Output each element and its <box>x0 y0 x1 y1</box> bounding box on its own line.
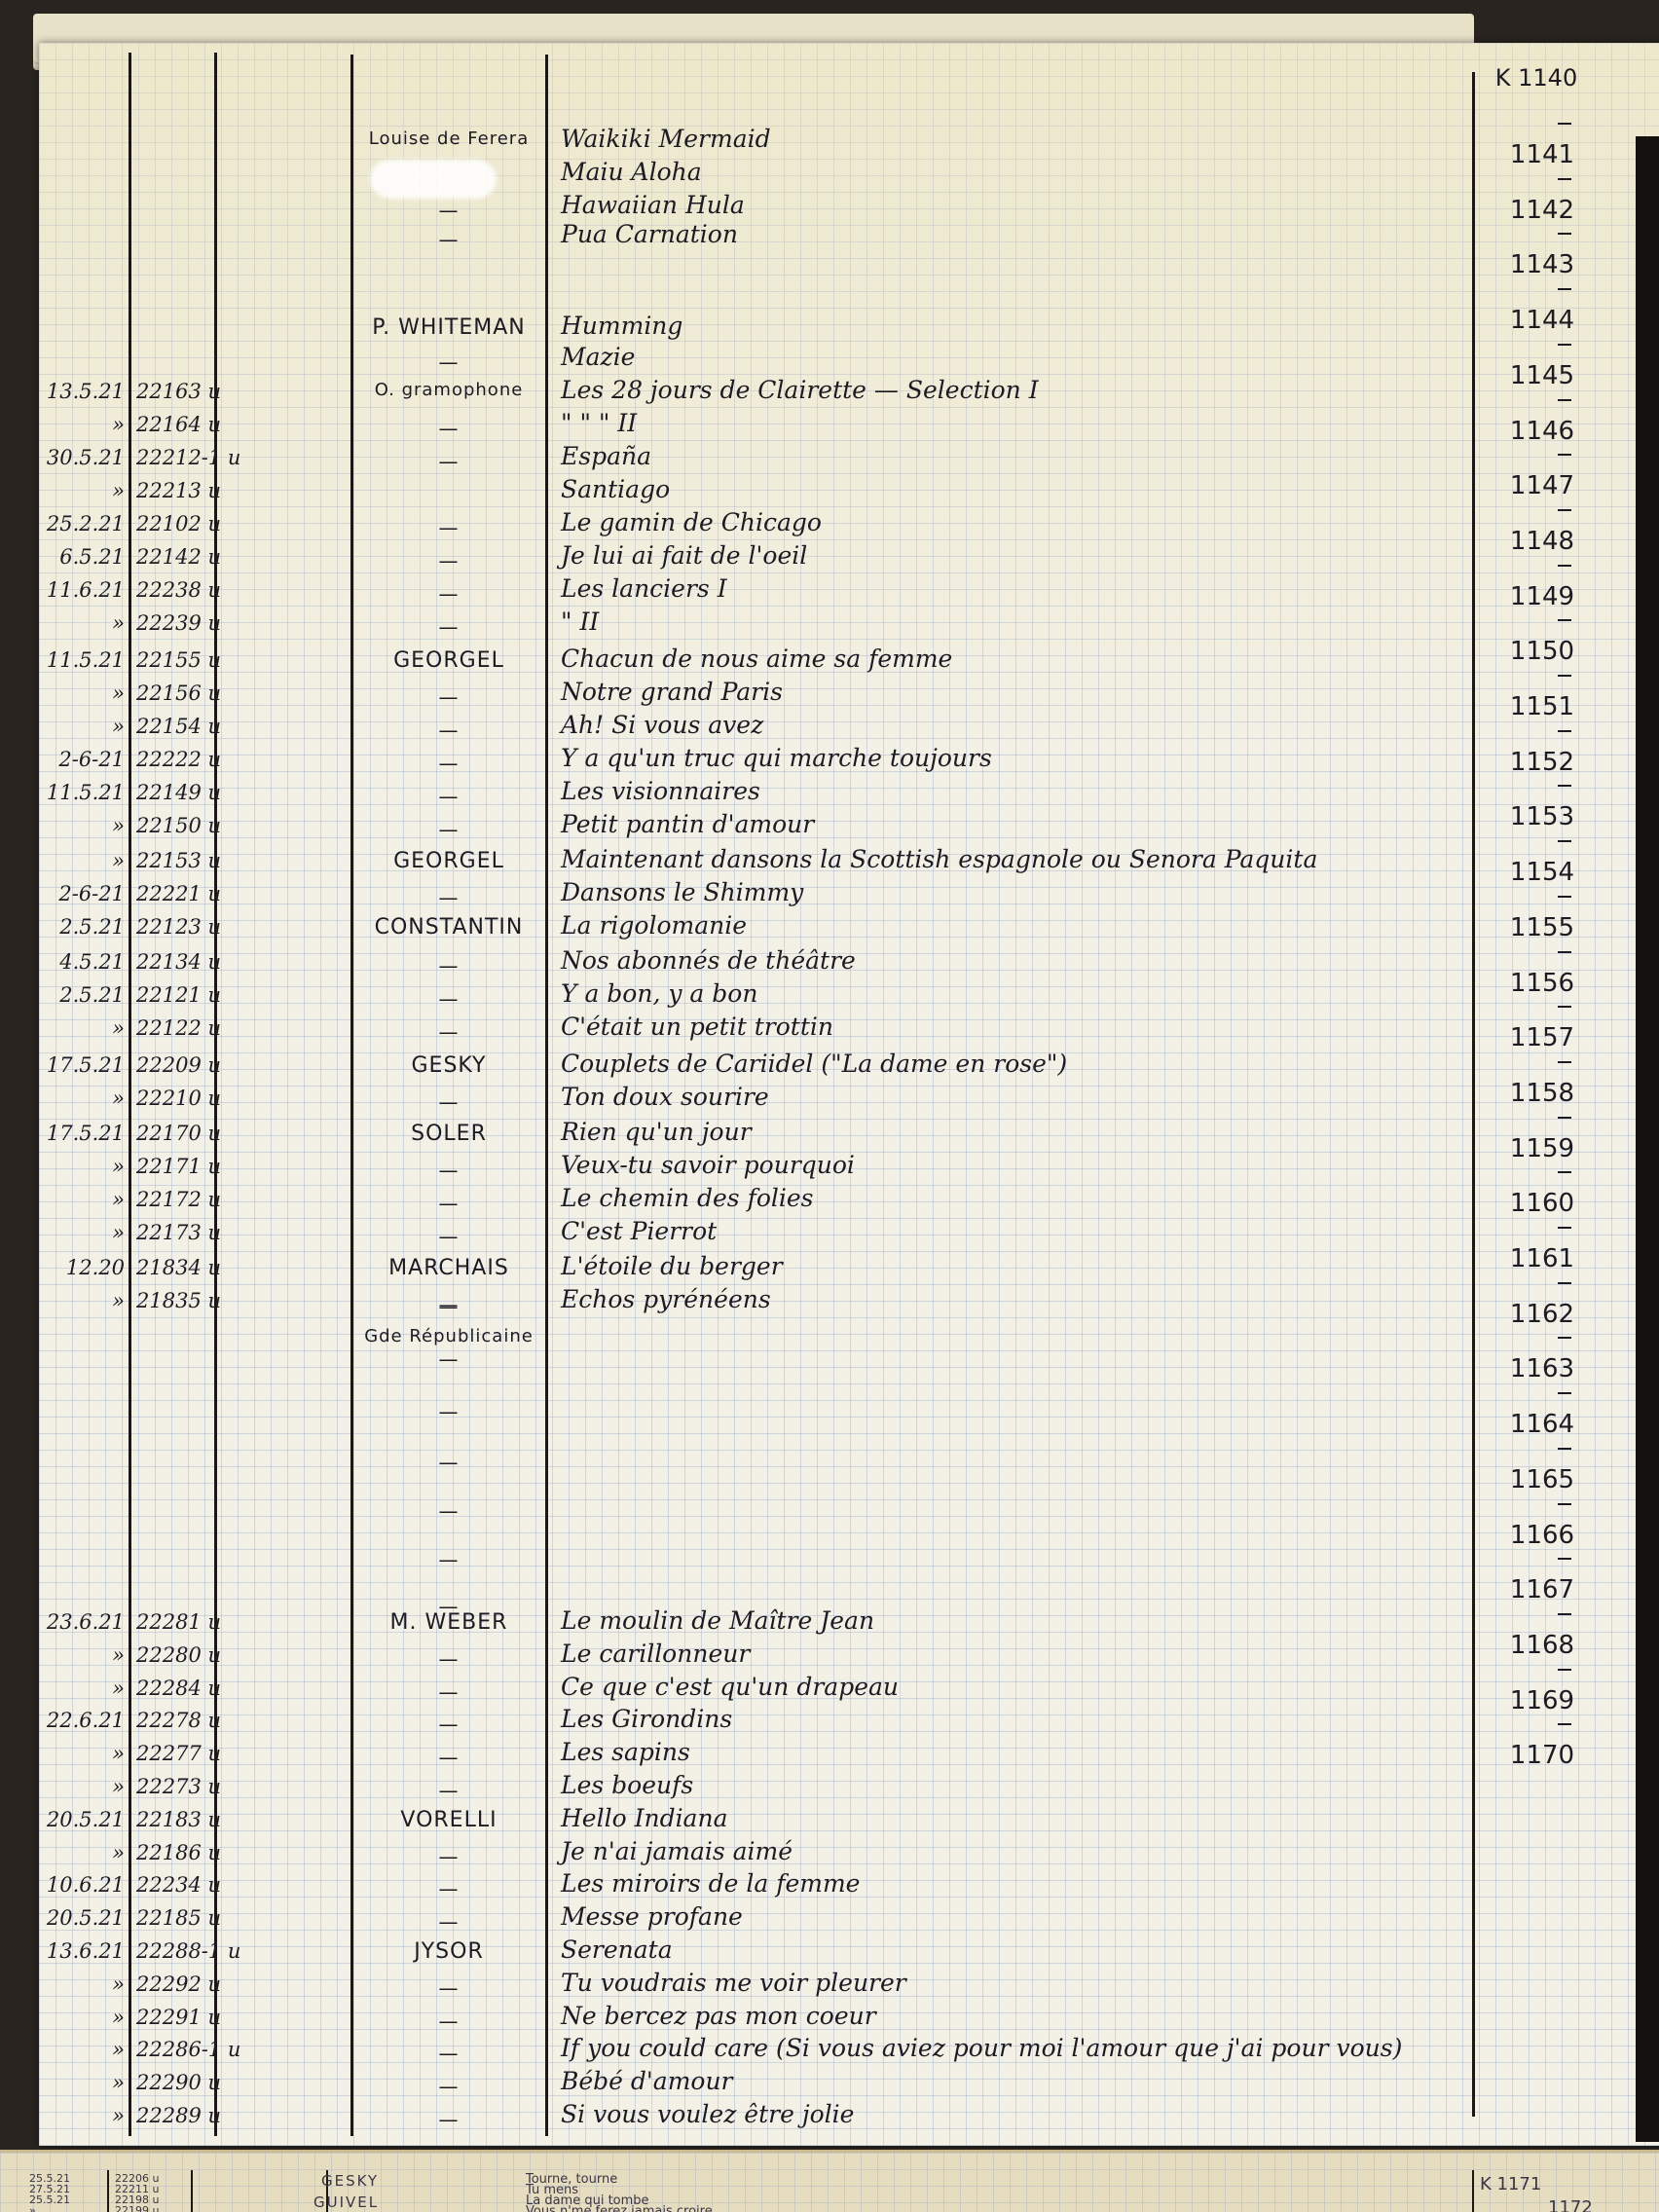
entry-catalog-number: 22150 u <box>136 814 221 837</box>
reference-number: 1158 <box>1484 1079 1601 1108</box>
entry-title: Je lui ai fait de l'oeil <box>561 541 807 570</box>
ref-separator-dash <box>1558 951 1571 953</box>
entry-catalog-number: 22102 u <box>136 512 221 535</box>
entry-title: Serenata <box>561 1935 673 1964</box>
ref-separator-dash <box>1558 1613 1571 1615</box>
entry-catalog-number: 22171 u <box>136 1155 221 1178</box>
entry-date: » <box>27 413 125 436</box>
entry-title: Humming <box>561 312 682 340</box>
entry-date: » <box>27 1087 125 1110</box>
ditto-dash: — <box>356 886 541 909</box>
entry-catalog-number: 22170 u <box>136 1122 221 1145</box>
entry-date: 25.2.21 <box>27 512 125 535</box>
entry-catalog-number: 22186 u <box>136 1841 221 1864</box>
ditto-dash: — <box>356 719 541 742</box>
ditto-dash: — <box>356 1713 541 1736</box>
entry-catalog-number: 22234 u <box>136 1873 221 1897</box>
entry-date: » <box>27 682 125 705</box>
entry-title: Maiu Aloha <box>561 158 702 186</box>
reference-number: 1145 <box>1484 361 1601 390</box>
ref-separator-dash <box>1558 288 1571 290</box>
entry-title: Mazie <box>561 343 635 371</box>
ditto-dash: — <box>356 1400 541 1423</box>
ref-separator-dash <box>1558 509 1571 511</box>
entry-title: España <box>561 442 651 470</box>
correction-fluid-patch <box>370 160 497 199</box>
entry-title: Couplets de Cariidel ("La dame en rose") <box>561 1050 1067 1078</box>
entry-catalog-number: 22238 u <box>136 578 221 602</box>
entry-title: Le moulin de Maître Jean <box>561 1606 874 1635</box>
reference-number: 1172 <box>1548 2197 1593 2212</box>
ditto-dash: — <box>356 1192 541 1215</box>
ref-separator-dash <box>1558 344 1571 346</box>
ref-separator-dash <box>1558 1061 1571 1063</box>
entry-catalog-number: 22286-1 u <box>136 2038 240 2061</box>
column-rule <box>1472 2170 1474 2212</box>
reference-number: 1144 <box>1484 306 1601 335</box>
ditto-dash: — <box>356 2009 541 2033</box>
ditto-dash: — <box>356 2042 541 2065</box>
ditto-dash: — <box>356 417 541 440</box>
entry-title: Pua Carnation <box>561 220 738 248</box>
entry-title: Vous n'me ferez jamais croire <box>526 2204 713 2212</box>
ditto-dash: — <box>356 228 541 251</box>
reference-number: 1153 <box>1484 802 1601 831</box>
entry-date: » <box>27 1775 125 1798</box>
entry-catalog-number: 22221 u <box>136 882 221 905</box>
entry-artist: SOLER <box>356 1122 541 1146</box>
ref-separator-dash <box>1558 454 1571 456</box>
ref-separator-dash <box>1558 730 1571 732</box>
entry-date: » <box>27 1972 125 1996</box>
reference-number: 1142 <box>1484 196 1601 225</box>
entry-catalog-number: 22122 u <box>136 1016 221 1040</box>
ref-separator-dash <box>1558 233 1571 235</box>
ditto-dash: — <box>356 1680 541 1704</box>
entry-date: » <box>27 1742 125 1765</box>
entry-title: Echos pyrénéens <box>561 1285 771 1313</box>
entry-catalog-number: 22277 u <box>136 1742 221 1765</box>
entry-date: 2-6-21 <box>27 882 125 905</box>
entry-date: » <box>27 715 125 738</box>
ditto-dash: — <box>356 1845 541 1868</box>
reference-number: 1154 <box>1484 858 1601 887</box>
entry-date: 11.6.21 <box>27 578 125 602</box>
ditto-dash: — <box>356 1295 541 1318</box>
entry-date: 12.20 <box>27 1256 125 1279</box>
entry-artist: JYSOR <box>356 1939 541 1964</box>
ref-separator-dash <box>1558 178 1571 180</box>
page-reference: K 1140 <box>1478 64 1595 92</box>
book-binding-edge <box>1636 136 1659 2142</box>
entry-date: » <box>27 1643 125 1667</box>
ditto-dash: — <box>356 1347 541 1371</box>
entry-date: 20.5.21 <box>27 1808 125 1831</box>
entry-catalog-number: 22278 u <box>136 1709 221 1732</box>
entry-date: » <box>27 1016 125 1040</box>
ditto-dash: — <box>356 1225 541 1248</box>
entry-title: Le chemin des folies <box>561 1184 814 1212</box>
entry-date: 10.6.21 <box>27 1873 125 1897</box>
entry-date: » <box>27 1188 125 1211</box>
reference-number: 1143 <box>1484 250 1601 279</box>
entry-title: Ton doux sourire <box>561 1083 769 1111</box>
entry-title: Les lanciers I <box>561 574 727 603</box>
ditto-dash: — <box>356 1647 541 1671</box>
entry-artist: MARCHAIS <box>356 1256 541 1280</box>
entry-title: Les miroirs de la femme <box>561 1869 860 1898</box>
entry-date: 6.5.21 <box>27 545 125 569</box>
ditto-dash: — <box>356 1451 541 1474</box>
next-page-strip: 25.5.2122206 uTourne, tourne27.5.2122211… <box>0 2150 1659 2212</box>
entry-date: » <box>27 1841 125 1864</box>
entry-date: 23.6.21 <box>27 1610 125 1634</box>
column-rule <box>129 53 131 2136</box>
entry-artist: GEORGEL <box>356 648 541 673</box>
entry-title: Notre grand Paris <box>561 678 783 706</box>
entry-title: Si vous voulez être jolie <box>561 2100 854 2128</box>
entry-title: Le gamin de Chicago <box>561 508 822 536</box>
ref-separator-dash <box>1558 399 1571 401</box>
ditto-dash: — <box>356 954 541 977</box>
ref-separator-dash <box>1558 619 1571 621</box>
entry-catalog-number: 22163 u <box>136 380 221 403</box>
reference-number: 1163 <box>1484 1354 1601 1383</box>
entry-title: " " " II <box>561 409 637 437</box>
entry-date: » <box>27 2071 125 2094</box>
entry-artist: O. gramophone <box>356 380 541 400</box>
ditto-dash: — <box>356 1499 541 1523</box>
ditto-dash: — <box>356 615 541 639</box>
ditto-dash: — <box>356 1090 541 1114</box>
entry-catalog-number: 22164 u <box>136 413 221 436</box>
ditto-dash: — <box>356 785 541 808</box>
entry-artist: Gde Républicaine <box>356 1326 541 1346</box>
column-rule <box>191 2170 193 2212</box>
ref-separator-dash <box>1558 1392 1571 1394</box>
entry-artist: M. WEBER <box>356 1610 541 1635</box>
entry-catalog-number: 22153 u <box>136 849 221 872</box>
entry-date: » <box>27 2006 125 2029</box>
entry-catalog-number: 22212-1 u <box>136 446 240 469</box>
entry-title: Tu voudrais me voir pleurer <box>561 1969 906 1997</box>
ditto-dash: — <box>356 752 541 775</box>
reference-number: 1167 <box>1484 1575 1601 1604</box>
entry-artist: GUIVEL <box>313 2194 379 2211</box>
entry-title: Ne bercez pas mon coeur <box>561 2002 876 2030</box>
entry-date: 22.6.21 <box>27 1709 125 1732</box>
entry-catalog-number: 22284 u <box>136 1677 221 1700</box>
reference-number: 1170 <box>1484 1741 1601 1770</box>
reference-number: 1166 <box>1484 1521 1601 1550</box>
ditto-dash: — <box>356 450 541 473</box>
column-rule <box>107 2170 109 2212</box>
entry-date: » <box>27 849 125 872</box>
reference-number: 1155 <box>1484 913 1601 942</box>
entry-date: » <box>27 479 125 502</box>
entry-title: Hello Indiana <box>561 1804 727 1832</box>
reference-number: 1156 <box>1484 969 1601 998</box>
ditto-dash: — <box>356 1548 541 1571</box>
ditto-dash: — <box>356 685 541 709</box>
column-rule <box>350 55 353 2136</box>
entry-catalog-number: 22199 u <box>115 2204 159 2212</box>
reference-number: 1151 <box>1484 692 1601 721</box>
ledger-page: Louise de FereraWaikiki MermaidMaiu Aloh… <box>39 43 1659 2146</box>
entry-catalog-number: 22156 u <box>136 682 221 705</box>
entry-artist: CONSTANTIN <box>356 915 541 940</box>
reference-number: 1146 <box>1484 417 1601 446</box>
ref-separator-dash <box>1558 1558 1571 1560</box>
reference-number: 1162 <box>1484 1300 1601 1329</box>
entry-artist: GESKY <box>321 2172 379 2190</box>
reference-number: 1169 <box>1484 1686 1601 1715</box>
entry-title: If you could care (Si vous aviez pour mo… <box>561 2034 1402 2062</box>
reference-number: 1157 <box>1484 1023 1601 1052</box>
entry-date: » <box>27 1221 125 1244</box>
entry-catalog-number: 22154 u <box>136 715 221 738</box>
entry-date: » <box>27 1289 125 1312</box>
ditto-dash: — <box>356 350 541 374</box>
ref-separator-dash <box>1558 1337 1571 1339</box>
entry-catalog-number: 22134 u <box>136 950 221 974</box>
entry-title: Rien qu'un jour <box>561 1118 752 1146</box>
entry-date: 11.5.21 <box>27 648 125 672</box>
ref-separator-dash <box>1558 1669 1571 1671</box>
entry-catalog-number: 22142 u <box>136 545 221 569</box>
reference-number: 1141 <box>1484 140 1601 169</box>
entry-catalog-number: 22222 u <box>136 748 221 771</box>
entry-catalog-number: 22288-1 u <box>136 1939 240 1963</box>
entry-title: Les visionnaires <box>561 777 760 805</box>
entry-artist: GEORGEL <box>356 849 541 873</box>
entry-title: Y a qu'un truc qui marche toujours <box>561 744 992 772</box>
ref-separator-dash <box>1558 1448 1571 1450</box>
ref-separator-dash <box>1558 1723 1571 1725</box>
ref-separator-dash <box>1558 675 1571 677</box>
ditto-dash: — <box>356 1746 541 1769</box>
entry-title: Y a bon, y a bon <box>561 979 757 1008</box>
entry-title: " II <box>561 608 599 636</box>
ditto-dash: — <box>356 987 541 1011</box>
entry-catalog-number: 21835 u <box>136 1289 221 1312</box>
entry-catalog-number: 22213 u <box>136 479 221 502</box>
entry-title: Chacun de nous aime sa femme <box>561 645 952 673</box>
entry-title: Santiago <box>561 475 670 503</box>
entry-catalog-number: 22273 u <box>136 1775 221 1798</box>
reference-number: 1147 <box>1484 471 1601 500</box>
entry-catalog-number: 22172 u <box>136 1188 221 1211</box>
ditto-dash: — <box>356 818 541 841</box>
entry-title: L'étoile du berger <box>561 1252 783 1280</box>
entry-date: 13.6.21 <box>27 1939 125 1963</box>
ref-separator-dash <box>1558 840 1571 842</box>
entry-date: 2.5.21 <box>27 915 125 939</box>
entry-catalog-number: 22239 u <box>136 611 221 635</box>
entry-artist: Louise de Ferera <box>356 129 541 149</box>
entry-title: La rigolomanie <box>561 911 747 940</box>
ref-separator-dash <box>1558 1503 1571 1505</box>
ditto-dash: — <box>356 582 541 606</box>
entry-title: Je n'ai jamais aimé <box>561 1837 793 1865</box>
entry-catalog-number: 22123 u <box>136 915 221 939</box>
ditto-dash: — <box>356 1779 541 1802</box>
entry-title: Les 28 jours de Clairette — Selection I <box>561 376 1039 404</box>
entry-title: Messe profane <box>561 1902 743 1931</box>
entry-date: » <box>27 814 125 837</box>
entry-date: » <box>27 2038 125 2061</box>
entry-title: Nos abonnés de théâtre <box>561 946 856 975</box>
entry-date: » <box>27 1677 125 1700</box>
entry-title: Maintenant dansons la Scottish espagnole… <box>561 845 1317 873</box>
entry-catalog-number: 22289 u <box>136 2104 221 2127</box>
entry-artist: VORELLI <box>356 1808 541 1832</box>
entry-date: 17.5.21 <box>27 1122 125 1145</box>
entry-catalog-number: 22173 u <box>136 1221 221 1244</box>
reference-number: 1161 <box>1484 1244 1601 1273</box>
entry-title: Waikiki Mermaid <box>561 125 771 153</box>
entry-title: C'est Pierrot <box>561 1217 717 1245</box>
reference-number: 1164 <box>1484 1410 1601 1439</box>
entry-catalog-number: 22155 u <box>136 648 221 672</box>
reference-number: 1148 <box>1484 527 1601 556</box>
entry-date: 4.5.21 <box>27 950 125 974</box>
entry-title: Veux-tu savoir pourquoi <box>561 1151 855 1179</box>
ref-separator-dash <box>1558 1227 1571 1229</box>
entry-catalog-number: 22281 u <box>136 1610 221 1634</box>
reference-number: 1160 <box>1484 1189 1601 1218</box>
reference-number: 1165 <box>1484 1465 1601 1494</box>
entry-date: 2.5.21 <box>27 983 125 1007</box>
entry-catalog-number: 22290 u <box>136 2071 221 2094</box>
entry-title: C'était un petit trottin <box>561 1013 833 1041</box>
reference-number: 1168 <box>1484 1631 1601 1660</box>
reference-number: 1159 <box>1484 1134 1601 1163</box>
entry-catalog-number: 22292 u <box>136 1972 221 1996</box>
entry-date: » <box>27 2104 125 2127</box>
ditto-dash: — <box>356 1976 541 2000</box>
entry-title: Ah! Si vous avez <box>561 711 763 739</box>
ref-separator-dash <box>1558 1171 1571 1173</box>
entry-title: Les boeufs <box>561 1771 693 1799</box>
column-rule <box>1472 72 1475 2117</box>
entry-catalog-number: 22121 u <box>136 983 221 1007</box>
entry-date: 2-6-21 <box>27 748 125 771</box>
entry-title: Dansons le Shimmy <box>561 878 803 906</box>
entry-date: 30.5.21 <box>27 446 125 469</box>
entry-catalog-number: 22185 u <box>136 1906 221 1930</box>
ditto-dash: — <box>356 1020 541 1044</box>
ref-separator-dash <box>1558 1282 1571 1284</box>
column-rule <box>545 55 548 2136</box>
ref-separator-dash <box>1558 1006 1571 1008</box>
ditto-dash: — <box>356 2108 541 2131</box>
entry-artist: GESKY <box>356 1053 541 1078</box>
entry-artist: P. WHITEMAN <box>356 315 541 340</box>
ditto-dash: — <box>356 199 541 222</box>
entry-title: Les sapins <box>561 1738 690 1766</box>
entry-catalog-number: 22209 u <box>136 1053 221 1077</box>
entry-date: 17.5.21 <box>27 1053 125 1077</box>
ref-separator-dash <box>1558 785 1571 787</box>
reference-number: 1150 <box>1484 637 1601 666</box>
entry-catalog-number: 22210 u <box>136 1087 221 1110</box>
ref-separator-dash <box>1558 565 1571 567</box>
ditto-dash: — <box>356 2075 541 2098</box>
ditto-dash: — <box>356 549 541 572</box>
entry-date: » <box>29 2204 36 2212</box>
ref-separator-dash <box>1558 896 1571 898</box>
entry-title: Hawaiian Hula <box>561 191 745 219</box>
entry-date: » <box>27 1155 125 1178</box>
reference-number: 1152 <box>1484 748 1601 777</box>
entry-date: 11.5.21 <box>27 781 125 804</box>
entry-title: Petit pantin d'amour <box>561 810 814 838</box>
paper-tint <box>39 43 1659 2146</box>
entry-title: Le carillonneur <box>561 1640 750 1668</box>
entry-date: » <box>27 611 125 635</box>
ref-separator-dash <box>1558 123 1571 125</box>
ref-separator-dash <box>1558 1117 1571 1119</box>
entry-catalog-number: 22291 u <box>136 2006 221 2029</box>
entry-catalog-number: 22183 u <box>136 1808 221 1831</box>
page-reference: K 1171 <box>1480 2174 1541 2194</box>
ditto-dash: — <box>356 1877 541 1900</box>
entry-title: Ce que c'est qu'un drapeau <box>561 1673 899 1701</box>
ditto-dash: — <box>356 516 541 539</box>
ditto-dash: — <box>356 1910 541 1934</box>
entry-catalog-number: 22280 u <box>136 1643 221 1667</box>
entry-title: Bébé d'amour <box>561 2067 733 2095</box>
entry-title: Les Girondins <box>561 1705 732 1733</box>
ditto-dash: — <box>356 1159 541 1182</box>
entry-catalog-number: 22149 u <box>136 781 221 804</box>
entry-catalog-number: 21834 u <box>136 1256 221 1279</box>
entry-date: 13.5.21 <box>27 380 125 403</box>
entry-date: 20.5.21 <box>27 1906 125 1930</box>
reference-number: 1149 <box>1484 582 1601 611</box>
